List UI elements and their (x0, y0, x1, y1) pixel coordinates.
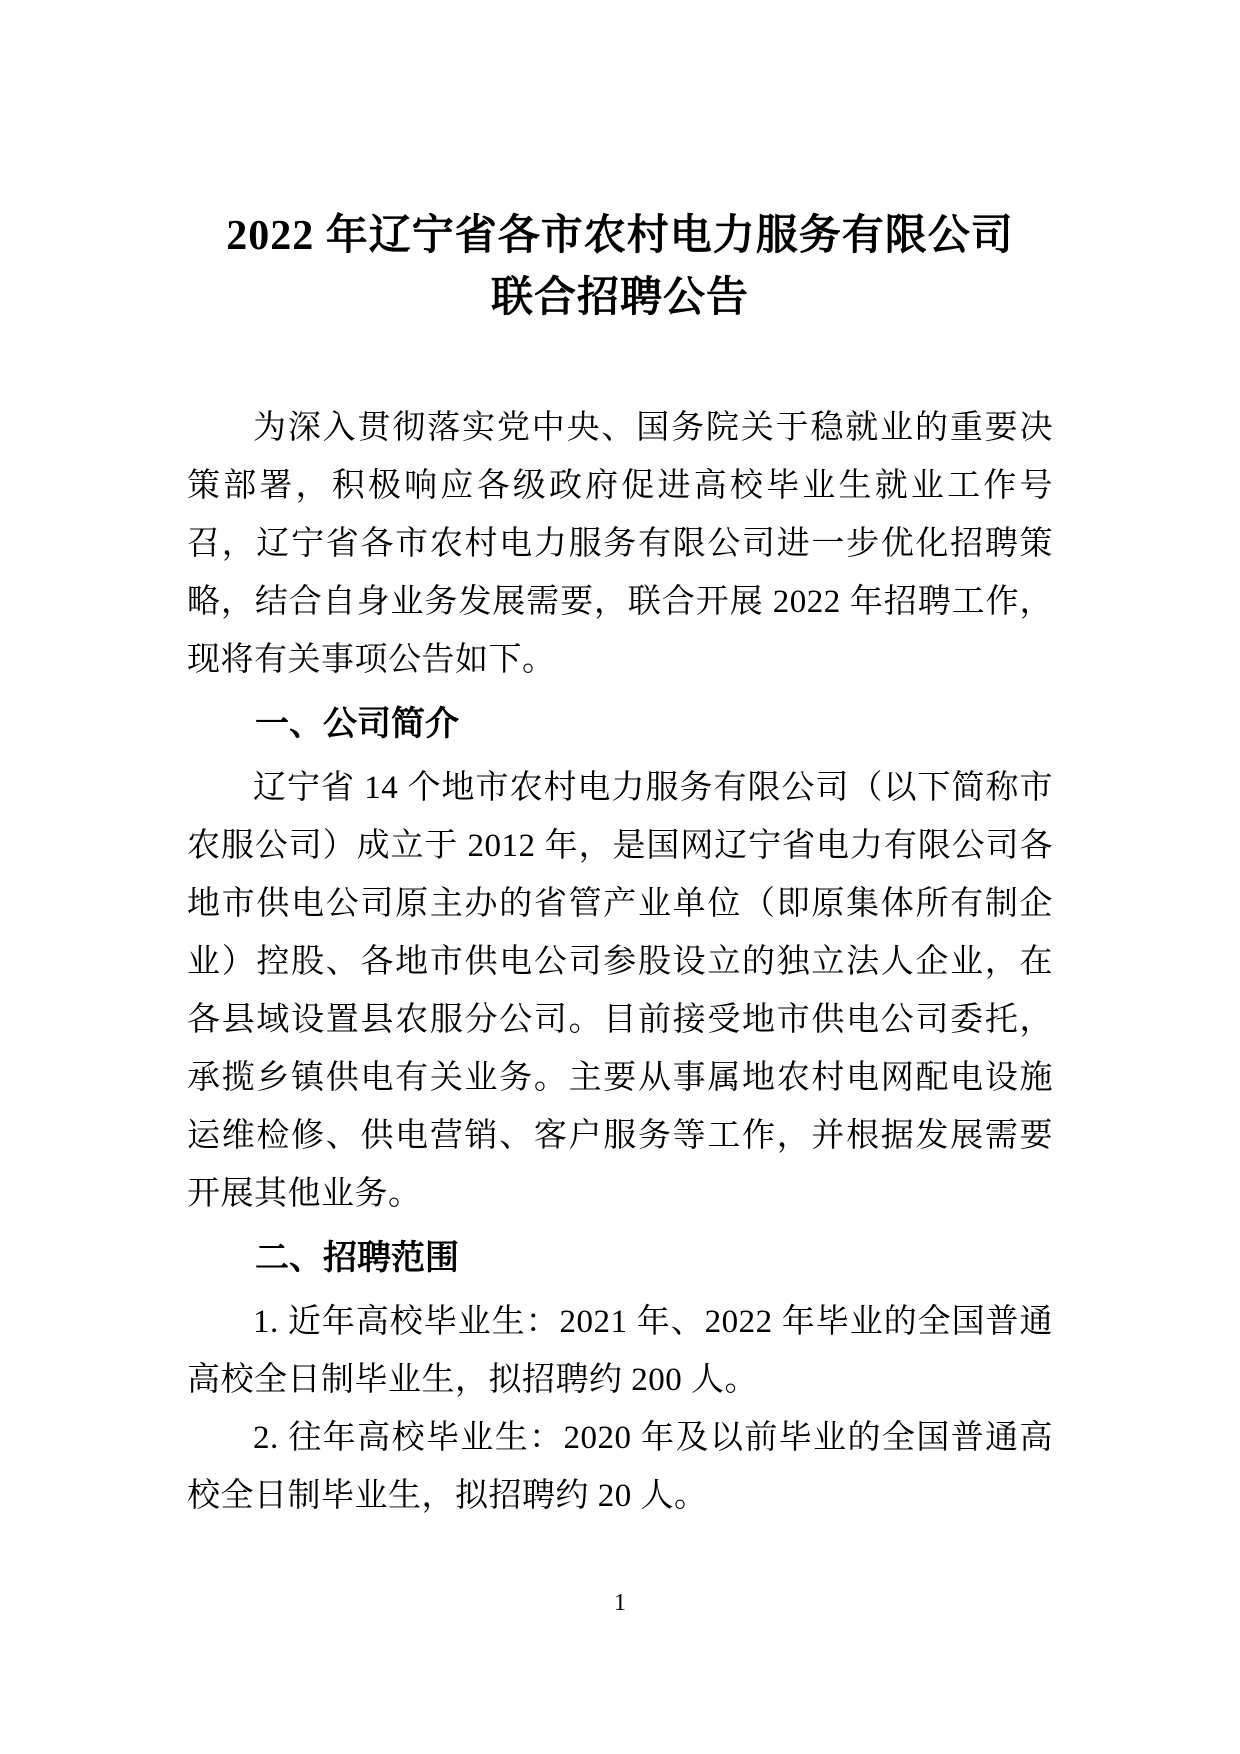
section-heading-company-intro: 一、公司简介 (187, 695, 1053, 753)
page-number: 1 (0, 1588, 1240, 1618)
document-page: 2022 年辽宁省各市农村电力服务有限公司 联合招聘公告 为深入贯彻落实党中央、… (0, 0, 1240, 1754)
title-line-2: 联合招聘公告 (491, 275, 749, 321)
title-line-1: 2022 年辽宁省各市农村电力服务有限公司 (226, 213, 1014, 259)
intro-paragraph: 为深入贯彻落实党中央、国务院关于稳就业的重要决策部署，积极响应各级政府促进高校毕… (187, 399, 1053, 689)
section-heading-recruitment-scope: 二、招聘范围 (187, 1229, 1053, 1287)
document-content: 2022 年辽宁省各市农村电力服务有限公司 联合招聘公告 为深入贯彻落实党中央、… (0, 0, 1240, 1525)
document-title: 2022 年辽宁省各市农村电力服务有限公司 联合招聘公告 (187, 205, 1053, 329)
recruitment-scope-item-2: 2. 往年高校毕业生：2020 年及以前毕业的全国普通高校全日制毕业生，拟招聘约… (187, 1409, 1053, 1525)
recruitment-scope-item-1: 1. 近年高校毕业生：2021 年、2022 年毕业的全国普通高校全日制毕业生，… (187, 1293, 1053, 1409)
document-body: 为深入贯彻落实党中央、国务院关于稳就业的重要决策部署，积极响应各级政府促进高校毕… (187, 399, 1053, 1525)
company-intro-paragraph: 辽宁省 14 个地市农村电力服务有限公司（以下简称市农服公司）成立于 2012 … (187, 759, 1053, 1223)
